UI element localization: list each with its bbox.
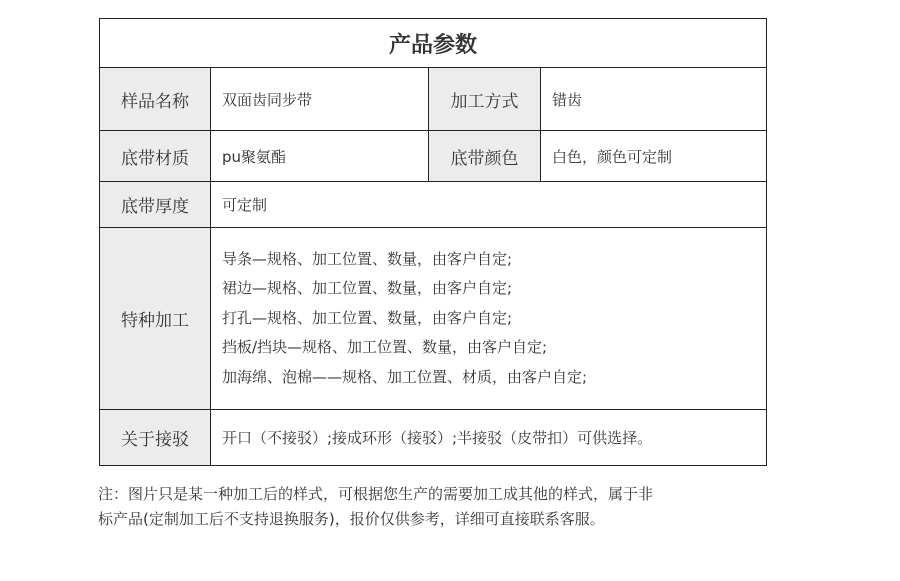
special-line: 挡板/挡块—规格、加工位置、数量，由客户自定; <box>222 333 547 363</box>
product-params-table: 产品参数 样品名称 双面齿同步带 加工方式 错齿 底带材质 pu聚氨酯 底带颜色… <box>99 18 767 466</box>
table-title: 产品参数 <box>100 19 766 68</box>
label-process-method: 加工方式 <box>429 68 541 131</box>
label-base-thickness: 底带厚度 <box>100 182 211 228</box>
label-base-material: 底带材质 <box>100 131 211 182</box>
special-line: 导条—规格、加工位置、数量，由客户自定; <box>222 245 512 275</box>
label-sample-name: 样品名称 <box>100 68 211 131</box>
value-base-thickness: 可定制 <box>211 182 766 228</box>
value-process-method: 错齿 <box>541 68 766 131</box>
special-line: 打孔—规格、加工位置、数量，由客户自定; <box>222 304 512 334</box>
label-base-color: 底带颜色 <box>429 131 541 182</box>
value-sample-name: 双面齿同步带 <box>211 68 429 131</box>
value-joining: 开口（不接驳）;接成环形（接驳）;半接驳（皮带扣）可供选择。 <box>211 410 766 465</box>
special-line: 加海绵、泡棉——规格、加工位置、材质，由客户自定; <box>222 363 587 393</box>
footnote-line-2: 标产品(定制加工后不支持退换服务)，报价仅供参考，详细可直接联系客服。 <box>98 507 778 532</box>
footnote-line-1: 注：图片只是某一种加工后的样式，可根据您生产的需要加工成其他的样式，属于非 <box>98 482 778 507</box>
value-base-color: 白色，颜色可定制 <box>541 131 766 182</box>
special-line: 裙边—规格、加工位置、数量，由客户自定; <box>222 274 512 304</box>
label-special-processing: 特种加工 <box>100 228 211 410</box>
value-special-processing: 导条—规格、加工位置、数量，由客户自定; 裙边—规格、加工位置、数量，由客户自定… <box>211 228 766 410</box>
footnote: 注：图片只是某一种加工后的样式，可根据您生产的需要加工成其他的样式，属于非 标产… <box>98 482 778 532</box>
value-base-material: pu聚氨酯 <box>211 131 429 182</box>
label-joining: 关于接驳 <box>100 410 211 465</box>
